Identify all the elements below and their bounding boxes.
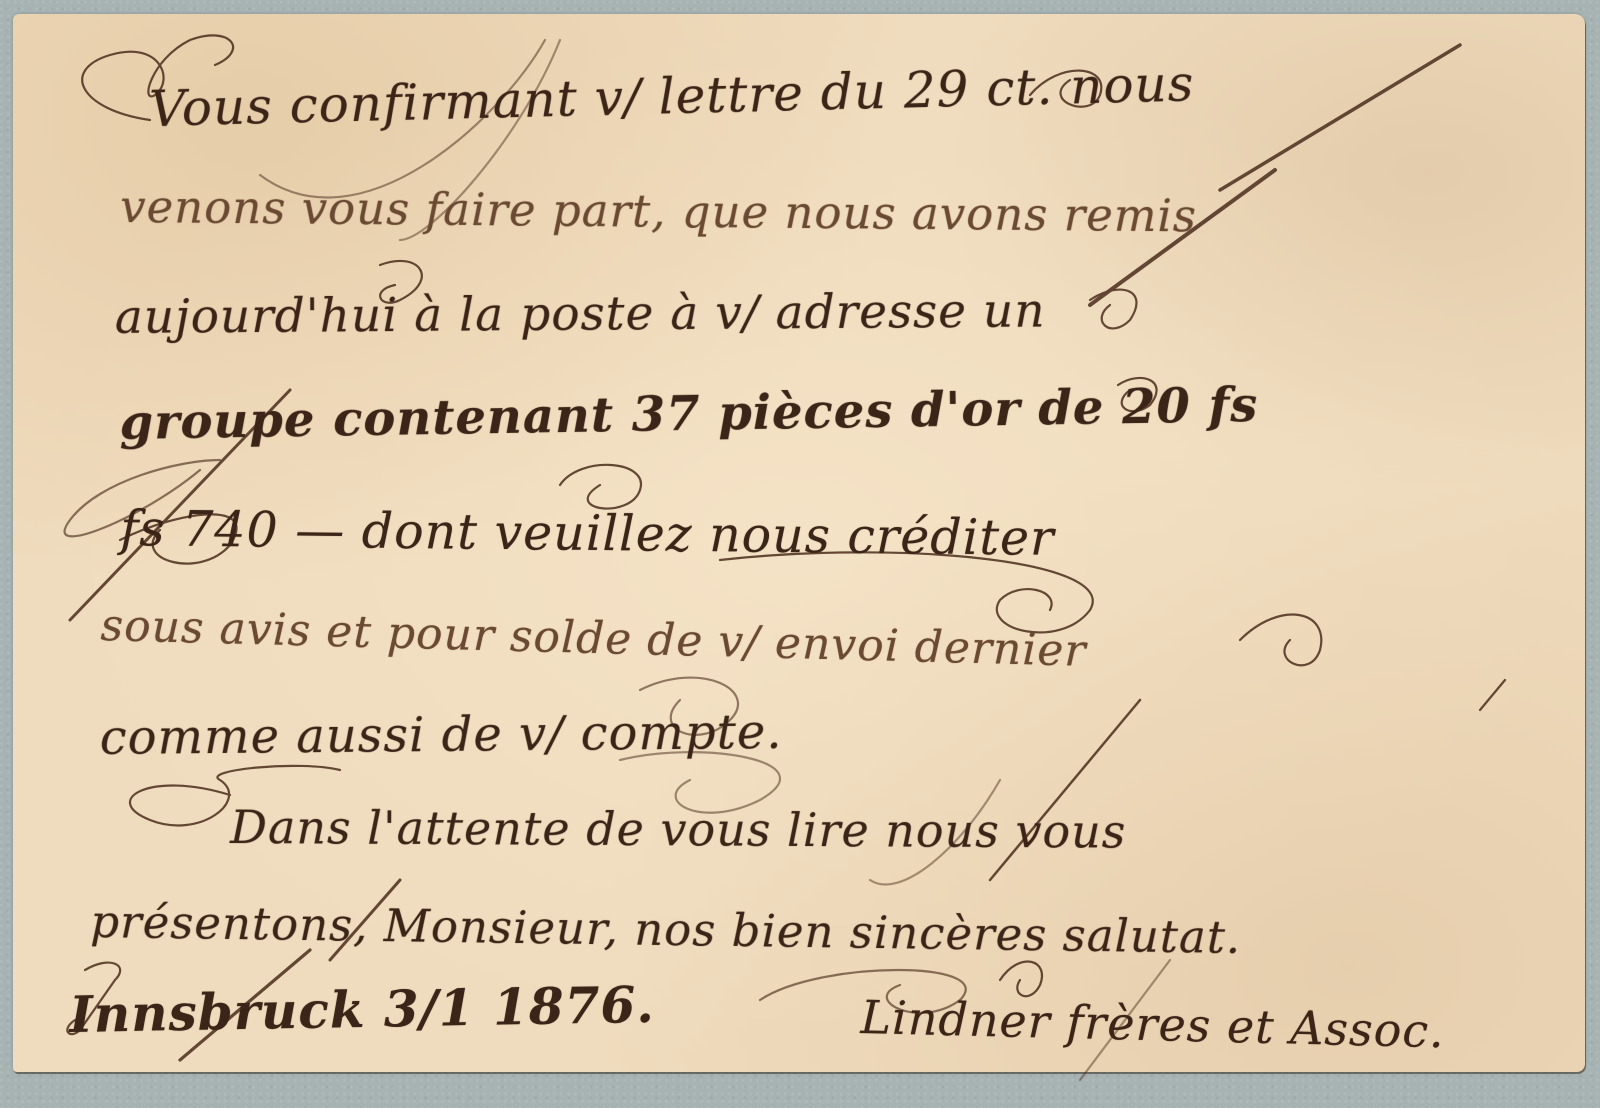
text-line-8: Dans l'attente de vous lire nous vous (230, 800, 1127, 859)
text-line-5: fs 740 — dont veuillez nous créditer (120, 500, 1055, 567)
place-date: Innsbruck 3/1 1876. (69, 975, 655, 1044)
text-line-3: aujourd'hui à la poste à v/ adresse un (115, 284, 1046, 345)
text-line-7: comme aussi de v/ compte. (100, 704, 783, 766)
text-line-2: venons vous faire part, que nous avons r… (120, 180, 1197, 242)
